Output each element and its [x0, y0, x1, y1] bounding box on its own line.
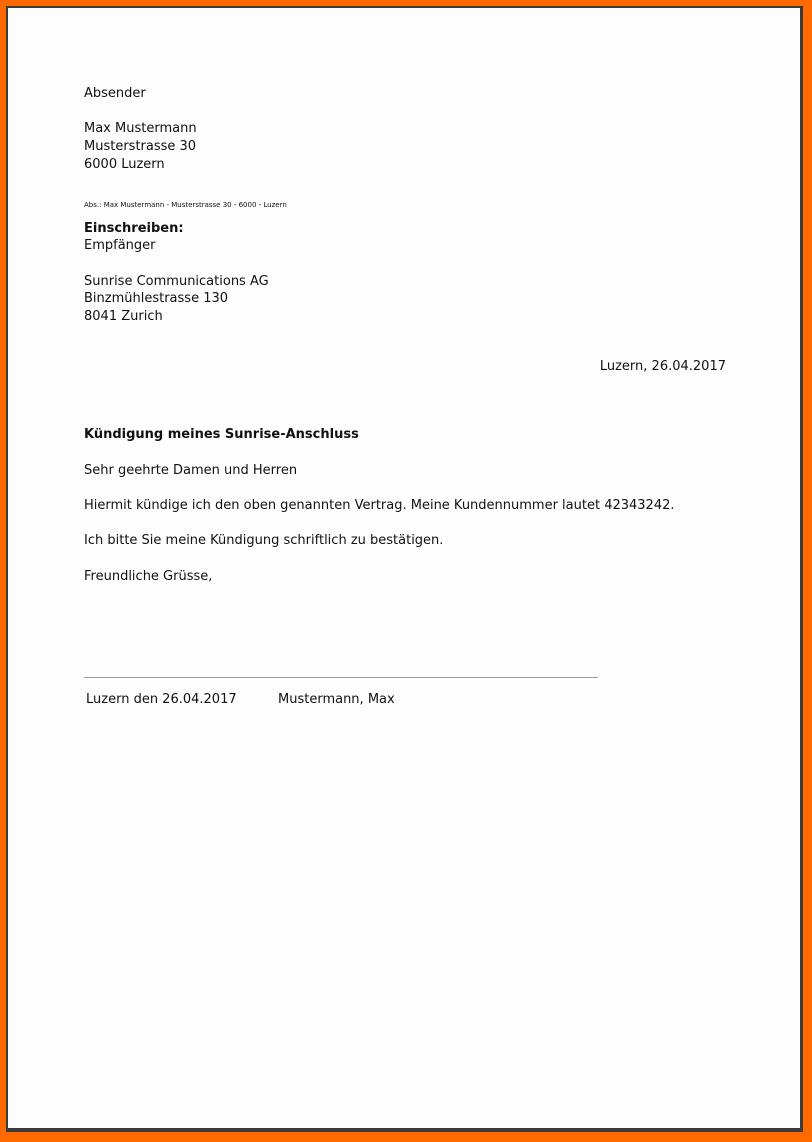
closing: Freundliche Grüsse,	[84, 568, 212, 586]
sender-name: Max Mustermann	[84, 120, 197, 138]
recipient-city: 8041 Zurich	[84, 308, 163, 326]
subject-line: Kündigung meines Sunrise-Anschluss	[84, 426, 359, 444]
body-paragraph: Ich bitte Sie meine Kündigung schriftlic…	[84, 532, 443, 550]
sender-heading: Absender	[84, 85, 146, 103]
recipient-heading: Empfänger	[84, 237, 156, 255]
sender-street: Musterstrasse 30	[84, 138, 196, 156]
return-address-line: Abs.: Max Mustermann - Musterstrasse 30 …	[84, 200, 287, 210]
signature-rule	[84, 677, 598, 678]
recipient-street: Binzmühlestrasse 130	[84, 290, 228, 308]
signature-name: Mustermann, Max	[278, 691, 395, 709]
signature-place-date: Luzern den 26.04.2017	[86, 691, 237, 709]
body-paragraph: Hiermit kündige ich den oben genannten V…	[84, 497, 675, 515]
sender-city: 6000 Luzern	[84, 156, 165, 174]
recipient-company: Sunrise Communications AG	[84, 273, 269, 291]
registered-label: Einschreiben:	[84, 220, 184, 238]
letter-page: Absender Max Mustermann Musterstrasse 30…	[8, 8, 800, 1128]
date-line: Luzern, 26.04.2017	[600, 358, 726, 376]
salutation: Sehr geehrte Damen und Herren	[84, 462, 297, 480]
